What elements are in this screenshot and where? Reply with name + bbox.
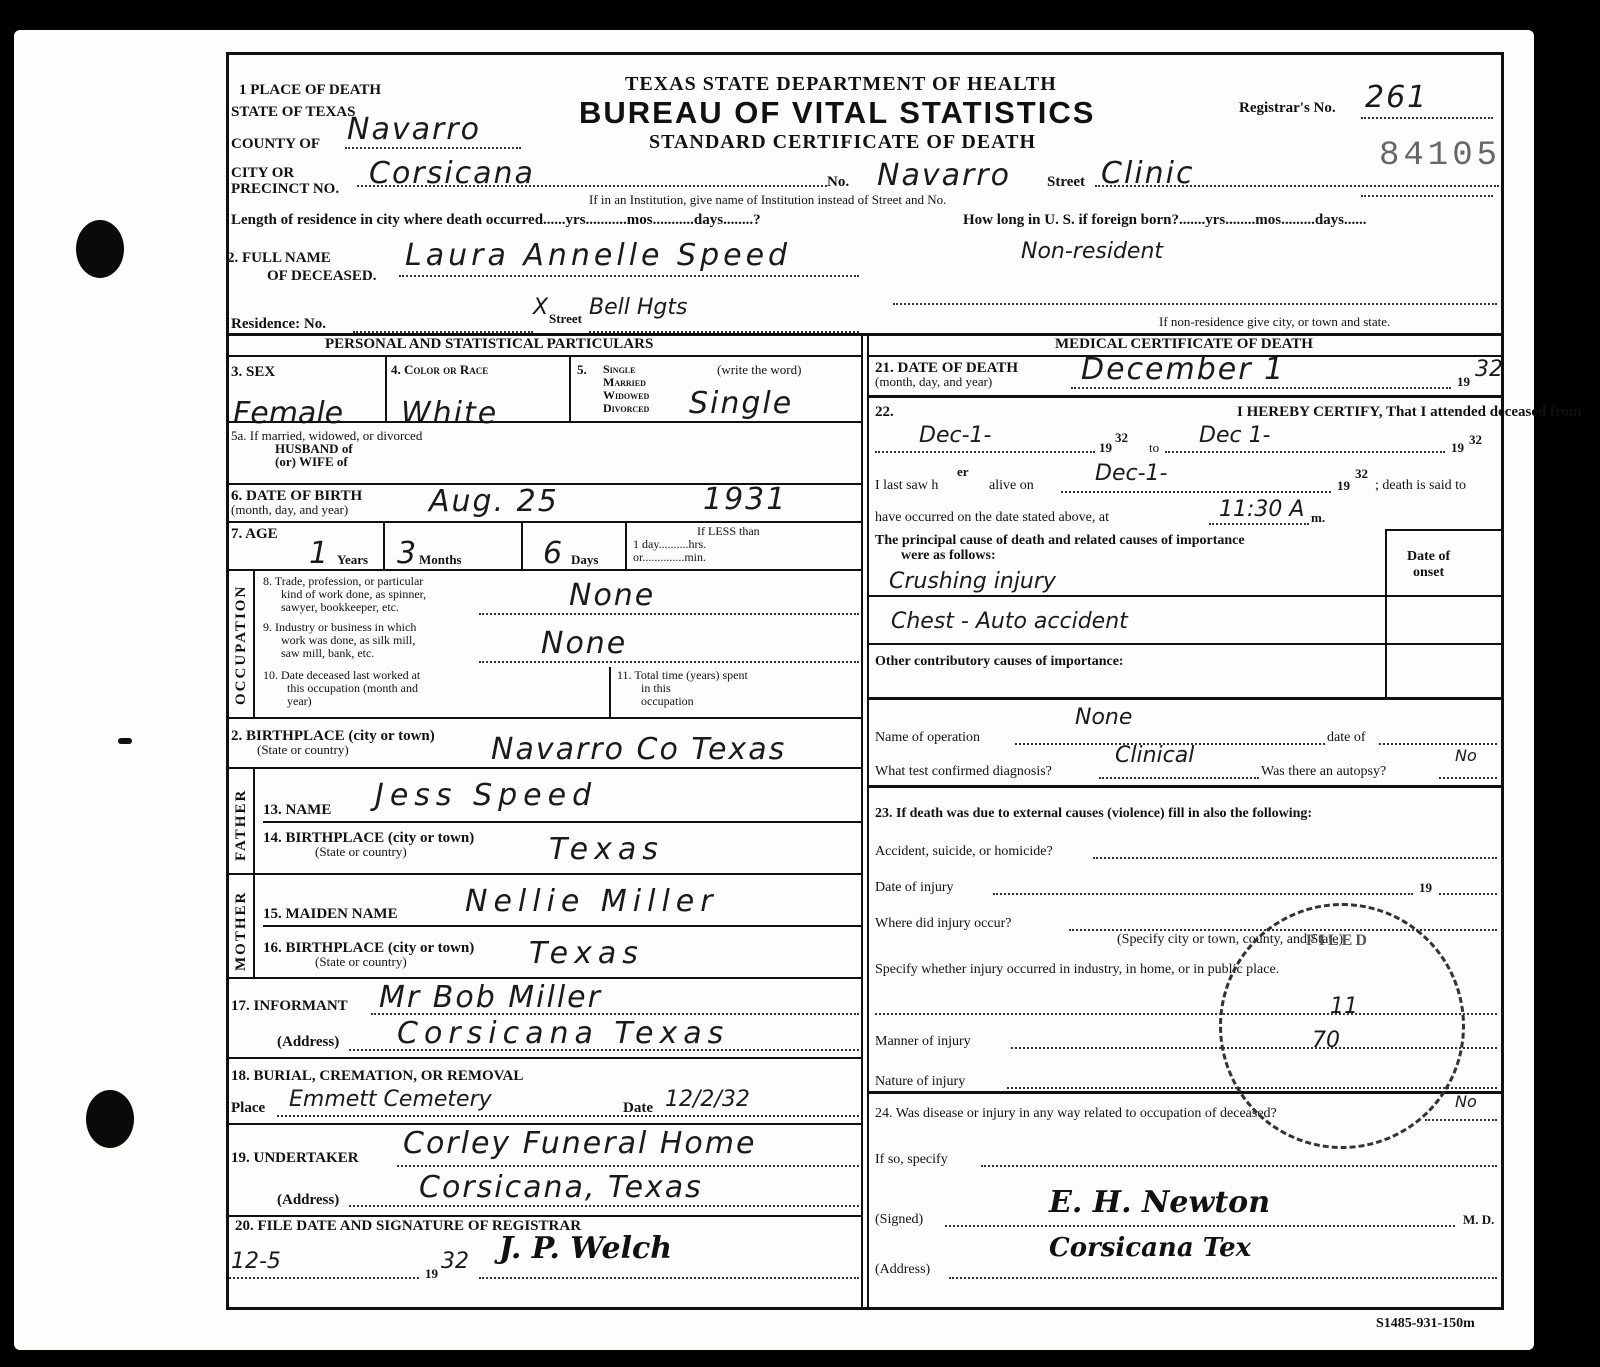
non-residence-note: If non-residence give city, or town and … bbox=[1159, 315, 1390, 328]
last-saw-pronoun: er bbox=[957, 465, 969, 478]
file-year-prefix: 19 bbox=[425, 1267, 438, 1280]
injury-date-label: Date of injury bbox=[875, 881, 954, 894]
father-side-label: FATHER bbox=[233, 789, 250, 861]
burial-place-value: Emmett Cemetery bbox=[289, 1089, 492, 1111]
header-bureau: BUREAU OF VITAL STATISTICS bbox=[579, 95, 1095, 131]
registrar-no-value: 261 bbox=[1365, 83, 1428, 113]
certify-num: 22. bbox=[875, 405, 894, 420]
institution-note: If in an Institution, give name of Insti… bbox=[589, 193, 946, 206]
last-saw-year: 32 bbox=[1355, 467, 1368, 480]
trade-value: None bbox=[569, 581, 655, 611]
specify-label: If so, specify bbox=[875, 1153, 948, 1166]
attended-to-value: Dec 1- bbox=[1199, 425, 1271, 447]
to-label: to bbox=[1149, 441, 1159, 454]
residence-no-value: X bbox=[533, 297, 548, 319]
attended-from-value: Dec-1- bbox=[919, 425, 991, 447]
file-year-value: 32 bbox=[441, 1251, 469, 1273]
age-label: 7. AGE bbox=[231, 527, 278, 542]
alive-on-label: alive on bbox=[989, 479, 1034, 492]
place-of-death-label: 1 PLACE OF DEATH bbox=[239, 83, 381, 98]
father-birthplace-label: 14. BIRTHPLACE (city or town) (State or … bbox=[263, 831, 474, 859]
residence-street-label: Street bbox=[549, 311, 582, 326]
header-department: TEXAS STATE DEPARTMENT OF HEALTH bbox=[625, 73, 1057, 96]
age-years-value: 1 bbox=[309, 539, 330, 569]
physician-signature: E. H. Newton bbox=[1049, 1185, 1270, 1220]
industry-value: None bbox=[541, 629, 627, 659]
operation-label: Name of operation bbox=[875, 731, 980, 744]
no-label: No. bbox=[827, 175, 849, 190]
father-name-label: 13. NAME bbox=[263, 803, 331, 818]
informant-address-value: Corsicana Texas bbox=[397, 1019, 729, 1049]
sex-label: 3. SEX bbox=[231, 365, 275, 380]
undertaker-value: Corley Funeral Home bbox=[403, 1129, 756, 1159]
residence-length-label: Length of residence in city where death … bbox=[231, 213, 761, 228]
certificate-stamp-number: 84105 bbox=[1379, 137, 1501, 175]
last-saw-value: Dec-1- bbox=[1095, 463, 1167, 485]
occupation-related-label: 24. Was disease or injury in any way rel… bbox=[875, 1107, 1277, 1120]
occupation-related-value: No bbox=[1455, 1091, 1477, 1113]
state-label: STATE OF TEXAS bbox=[231, 105, 355, 120]
injury-place-type-label: Specify whether injury occurred in indus… bbox=[875, 963, 1279, 976]
burial-label: 18. BURIAL, CREMATION, OR REMOVAL bbox=[231, 1069, 523, 1084]
full-name-label: 2. FULL NAME OF DECEASED. bbox=[227, 249, 376, 285]
undertaker-address-label: (Address) bbox=[277, 1193, 339, 1208]
dod-value: December 1 bbox=[1081, 355, 1285, 385]
diagnosis-label: What test confirmed diagnosis? bbox=[875, 765, 1052, 778]
city-label: CITY OR PRECINCT NO. bbox=[231, 165, 339, 197]
spouse-label: 5a. If married, widowed, or divorced HUS… bbox=[231, 429, 422, 468]
autopsy-label: Was there an autopsy? bbox=[1261, 765, 1386, 778]
dod-label: 21. DATE OF DEATH (month, day, and year) bbox=[875, 361, 1018, 389]
residence-note-value: Non-resident bbox=[1021, 241, 1163, 263]
attended-from-year-prefix: 19 bbox=[1099, 441, 1112, 454]
dod-year-prefix: 19 bbox=[1457, 375, 1470, 388]
operation-date-label: date of bbox=[1327, 731, 1365, 744]
last-saw-label: I last saw h bbox=[875, 479, 938, 492]
occurred-label: have occurred on the date stated above, … bbox=[875, 511, 1109, 524]
personal-section-title: PERSONAL AND STATISTICAL PARTICULARS bbox=[325, 337, 653, 352]
punch-hole-top bbox=[76, 220, 124, 278]
last-worked-label: 10. Date deceased last worked at this oc… bbox=[263, 669, 420, 708]
age-days-value: 6 bbox=[543, 539, 564, 569]
undertaker-address-value: Corsicana, Texas bbox=[419, 1173, 703, 1203]
age-months-value: 3 bbox=[397, 539, 418, 569]
header-certificate-type: STANDARD CERTIFICATE OF DEATH bbox=[649, 131, 1036, 154]
injury-where-label: Where did injury occur? bbox=[875, 917, 1011, 930]
foreign-born-label: How long in U. S. if foreign born?......… bbox=[963, 213, 1367, 228]
nature-label: Nature of injury bbox=[875, 1075, 965, 1088]
mother-side-label: MOTHER bbox=[233, 891, 250, 971]
county-value: Navarro bbox=[347, 115, 481, 145]
dod-year-value: 32 bbox=[1475, 359, 1503, 381]
injury-year-prefix: 19 bbox=[1419, 881, 1432, 894]
informant-value: Mr Bob Miller bbox=[379, 983, 602, 1013]
age-years-label: Years bbox=[337, 553, 368, 566]
mother-birthplace-label: 16. BIRTHPLACE (city or town) (State or … bbox=[263, 941, 474, 969]
mother-birthplace-value: Texas bbox=[529, 939, 644, 969]
residence-street-value: Bell Hgts bbox=[589, 297, 687, 319]
address-label: (Address) bbox=[875, 1263, 930, 1276]
birthplace-label: 2. BIRTHPLACE (city or town) (State or c… bbox=[231, 729, 435, 757]
dob-month-day: Aug. 25 bbox=[429, 487, 559, 517]
cause-line-1: Crushing injury bbox=[889, 571, 1056, 593]
institution-no-value: Navarro bbox=[877, 161, 1011, 191]
street-label: Street bbox=[1047, 175, 1085, 190]
contributory-causes-label: Other contributory causes of importance: bbox=[875, 655, 1124, 668]
operation-value: None bbox=[1075, 707, 1132, 729]
occupation-side-label: OCCUPATION bbox=[233, 585, 250, 705]
industry-label: 9. Industry or business in which work wa… bbox=[263, 621, 416, 660]
attended-to-year: 32 bbox=[1469, 433, 1482, 446]
full-name-value: Laura Annelle Speed bbox=[405, 241, 791, 271]
form-code: S1485-931-150m bbox=[1376, 1316, 1475, 1332]
birthplace-value: Navarro Co Texas bbox=[491, 735, 786, 765]
trade-label: 8. Trade, profession, or particular kind… bbox=[263, 575, 426, 614]
marital-num: 5. bbox=[577, 363, 587, 376]
burial-date-value: 12/2/32 bbox=[665, 1089, 750, 1111]
marital-hint: (write the word) bbox=[717, 363, 801, 376]
informant-label: 17. INFORMANT bbox=[231, 999, 348, 1014]
time-suffix: m. bbox=[1311, 511, 1325, 524]
sex-value: Female bbox=[233, 399, 343, 429]
onset-label: Date of onset bbox=[1407, 549, 1450, 581]
marital-value: Single bbox=[689, 389, 793, 419]
death-said-label: ; death is said to bbox=[1375, 479, 1466, 492]
file-date-value: 12-5 bbox=[231, 1251, 281, 1273]
physician-address-value: Corsicana Tex bbox=[1049, 1233, 1251, 1263]
age-less-than-day: If LESS than 1 day..........hrs. or.....… bbox=[633, 525, 760, 564]
signed-label: (Signed) bbox=[875, 1213, 923, 1226]
accident-label: Accident, suicide, or homicide? bbox=[875, 845, 1053, 858]
cause-label: The principal cause of death and related… bbox=[875, 533, 1245, 563]
age-days-label: Days bbox=[571, 553, 598, 566]
father-name-value: Jess Speed bbox=[375, 781, 597, 811]
burial-date-label: Date bbox=[623, 1101, 653, 1116]
dob-year: 1931 bbox=[703, 485, 787, 515]
dob-label: 6. DATE OF BIRTH (month, day, and year) bbox=[231, 489, 362, 517]
attended-from-year: 32 bbox=[1115, 431, 1128, 444]
last-saw-year-prefix: 19 bbox=[1337, 479, 1350, 492]
total-time-label: 11. Total time (years) spent in this occ… bbox=[617, 669, 748, 708]
undertaker-label: 19. UNDERTAKER bbox=[231, 1151, 359, 1166]
father-birthplace-value: Texas bbox=[549, 835, 664, 865]
mother-name-label: 15. MAIDEN NAME bbox=[263, 907, 398, 922]
informant-address-label: (Address) bbox=[277, 1035, 339, 1050]
diagnosis-value: Clinical bbox=[1115, 745, 1194, 767]
marital-options: Single Married Widowed Divorced bbox=[603, 363, 649, 415]
autopsy-value: No bbox=[1455, 745, 1477, 767]
registrar-signature: J. P. Welch bbox=[499, 1231, 672, 1266]
residence-no-label: Residence: No. bbox=[231, 317, 326, 332]
md-label: M. D. bbox=[1463, 1213, 1494, 1226]
county-label: COUNTY OF bbox=[231, 137, 320, 152]
race-value: White bbox=[401, 399, 498, 429]
mother-name-value: Nellie Miller bbox=[465, 887, 719, 917]
burial-place-label: Place bbox=[231, 1101, 265, 1116]
manner-label: Manner of injury bbox=[875, 1035, 971, 1048]
ink-mark bbox=[118, 738, 132, 744]
cause-line-2: Chest - Auto accident bbox=[891, 611, 1128, 633]
age-months-label: Months bbox=[419, 553, 462, 566]
filed-stamp: FILED 11 70 bbox=[1219, 903, 1465, 1149]
external-causes-label: 23. If death was due to external causes … bbox=[875, 807, 1312, 820]
race-label: 4. Color or Race bbox=[391, 363, 488, 376]
registrar-no-label: Registrar's No. bbox=[1239, 101, 1336, 116]
certify-text: I HEREBY CERTIFY, That I attended deceas… bbox=[1237, 405, 1582, 420]
punch-hole-bottom bbox=[86, 1090, 134, 1148]
medical-section-title: MEDICAL CERTIFICATE OF DEATH bbox=[1055, 337, 1313, 352]
death-certificate-form: 1 PLACE OF DEATH STATE OF TEXAS COUNTY O… bbox=[226, 52, 1504, 1310]
attended-to-year-prefix: 19 bbox=[1451, 441, 1464, 454]
time-value: 11:30 A bbox=[1219, 499, 1304, 521]
